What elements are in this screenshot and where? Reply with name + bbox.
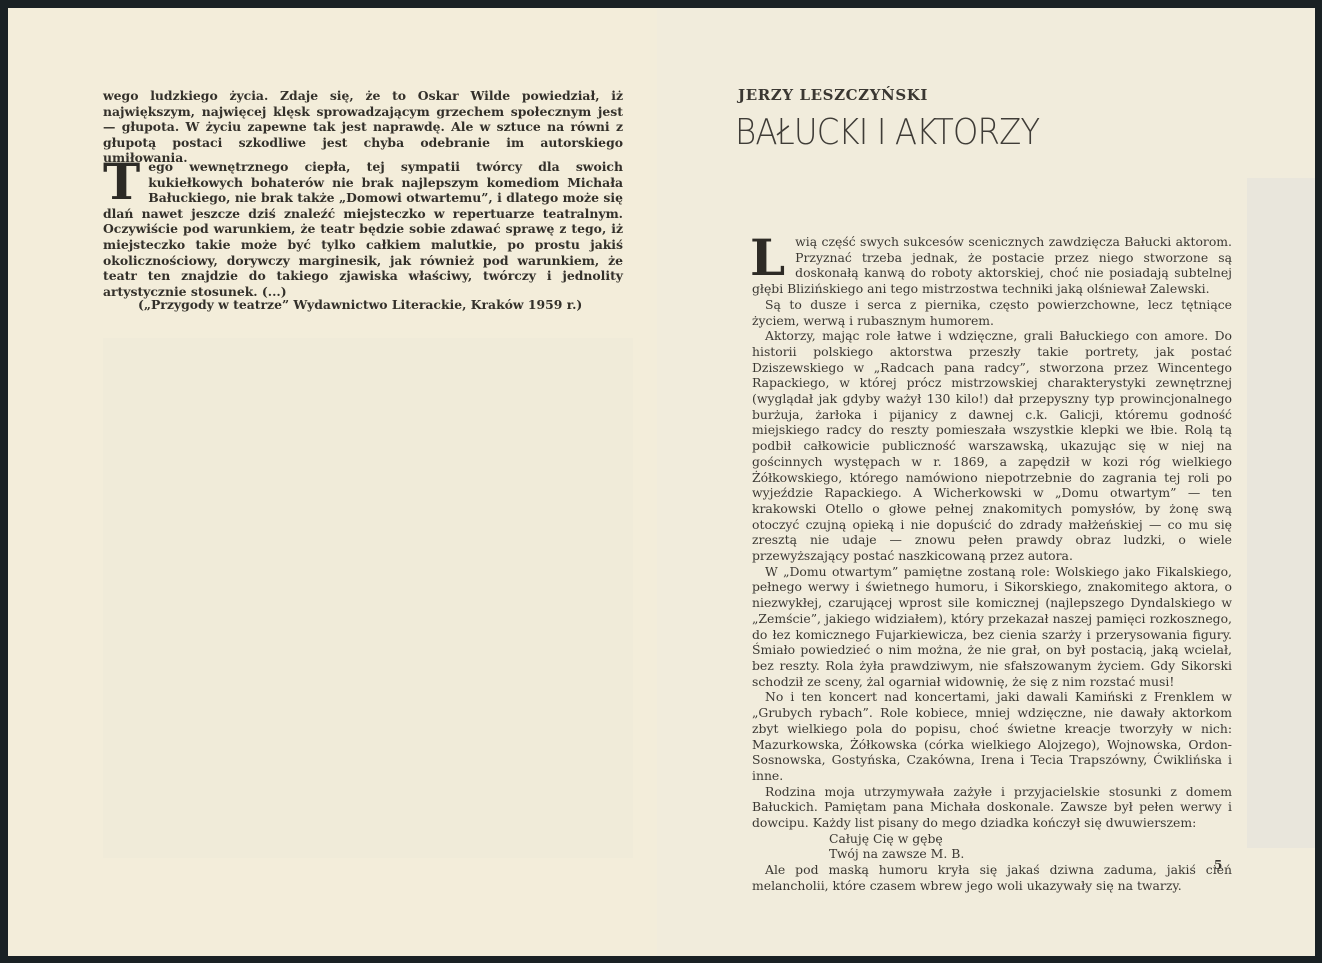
paragraph-text: Ale pod maską humoru kryła się jakaś dzi… bbox=[752, 862, 1232, 893]
paragraph-text: No i ten koncert nad koncertami, jaki da… bbox=[752, 689, 1232, 783]
left-page: wego ludzkiego życia. Zdaje się, że to O… bbox=[8, 8, 657, 956]
article-title: BAŁUCKI I AKTORZY bbox=[735, 112, 1039, 153]
right-page: JERZY LESZCZYŃSKI BAŁUCKI I AKTORZY L wi… bbox=[657, 8, 1315, 956]
verse-line: Twój na zawsze M. B. bbox=[752, 846, 1232, 862]
paragraph-text: wią część swych sukcesów scenicznych zaw… bbox=[752, 234, 1232, 297]
article-author: JERZY LESZCZYŃSKI bbox=[738, 86, 928, 104]
source-citation: („Przygody w teatrze” Wydawnictwo Litera… bbox=[138, 297, 582, 312]
page-shading bbox=[1247, 178, 1315, 848]
paragraph-text: W „Domu otwartym” pamiętne zostaną role:… bbox=[752, 564, 1232, 690]
verse-line: Całuję Cię w gębę bbox=[752, 831, 1232, 847]
drop-cap-letter: L bbox=[750, 238, 785, 278]
paragraph-text: Są to dusze i serca z piernika, często p… bbox=[752, 297, 1232, 328]
paragraph-text: Rodzina moja utrzymywała zażyłe i przyja… bbox=[752, 784, 1232, 831]
left-paragraph-dropcap: T ego wewnętrznego ciepła, tej sympatii … bbox=[103, 159, 623, 299]
show-through-area bbox=[103, 338, 633, 858]
paragraph-text: Aktorzy, mając role łatwe i wdzięczne, g… bbox=[752, 328, 1232, 564]
drop-cap-letter: T bbox=[103, 162, 140, 202]
left-paragraph-continued: wego ludzkiego życia. Zdaje się, że to O… bbox=[103, 88, 623, 166]
article-body: L wią część swych sukcesów scenicznych z… bbox=[752, 234, 1232, 894]
paragraph-text: wego ludzkiego życia. Zdaje się, że to O… bbox=[103, 88, 623, 166]
page-number: 5 bbox=[1214, 858, 1222, 872]
book-spread: wego ludzkiego życia. Zdaje się, że to O… bbox=[8, 8, 1315, 956]
paragraph-text: ego wewnętrznego ciepła, tej sympatii tw… bbox=[103, 159, 623, 299]
